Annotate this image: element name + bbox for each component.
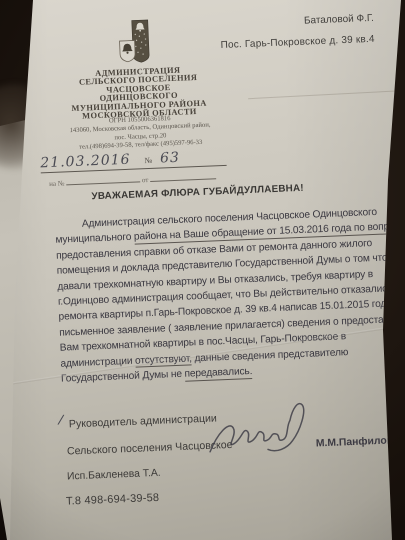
number-sign: № bbox=[144, 156, 152, 165]
letter-content: Баталовой Ф.Г. Пос. Гарь-Покровское д. 3… bbox=[0, 0, 405, 540]
pen-mark: / bbox=[58, 412, 63, 428]
signer-title-line1: Руководитель администрации bbox=[69, 412, 217, 430]
addressee-block: Баталовой Ф.Г. Пос. Гарь-Покровское д. 3… bbox=[220, 13, 375, 51]
handwritten-number: 63 bbox=[160, 150, 180, 167]
text-segment: Государственной Думы не bbox=[61, 369, 185, 385]
signer-name: М.М.Панфилов bbox=[316, 435, 394, 449]
letter-paper: Баталовой Ф.Г. Пос. Гарь-Покровское д. 3… bbox=[0, 0, 405, 540]
blank-line bbox=[66, 174, 140, 185]
reply-infix: от bbox=[142, 176, 149, 184]
text-segment: муниципального bbox=[55, 232, 134, 246]
handwritten-date: 21.03.2016 bbox=[40, 152, 131, 172]
letter-body: Администрация сельского поселения Часцов… bbox=[55, 204, 400, 387]
executor-name: Исп.Бакленева Т.А. bbox=[67, 468, 161, 483]
reply-prefix: на № bbox=[49, 179, 65, 188]
contact-phone: Т.8 498-694-39-58 bbox=[66, 492, 160, 508]
reply-reference-line: на № от bbox=[49, 171, 216, 188]
handwritten-signature-icon bbox=[202, 394, 317, 475]
underlined-text: передавались. bbox=[184, 366, 252, 381]
addressee-name: Баталовой Ф.Г. bbox=[220, 13, 375, 30]
bell-coat-of-arms-icon bbox=[115, 18, 155, 74]
photo-of-letter: Баталовой Ф.Г. Пос. Гарь-Покровское д. 3… bbox=[0, 0, 405, 540]
blank-line bbox=[150, 171, 216, 182]
addressee-address: Пос. Гарь-Покровское д. 39 кв.4 bbox=[220, 34, 375, 51]
